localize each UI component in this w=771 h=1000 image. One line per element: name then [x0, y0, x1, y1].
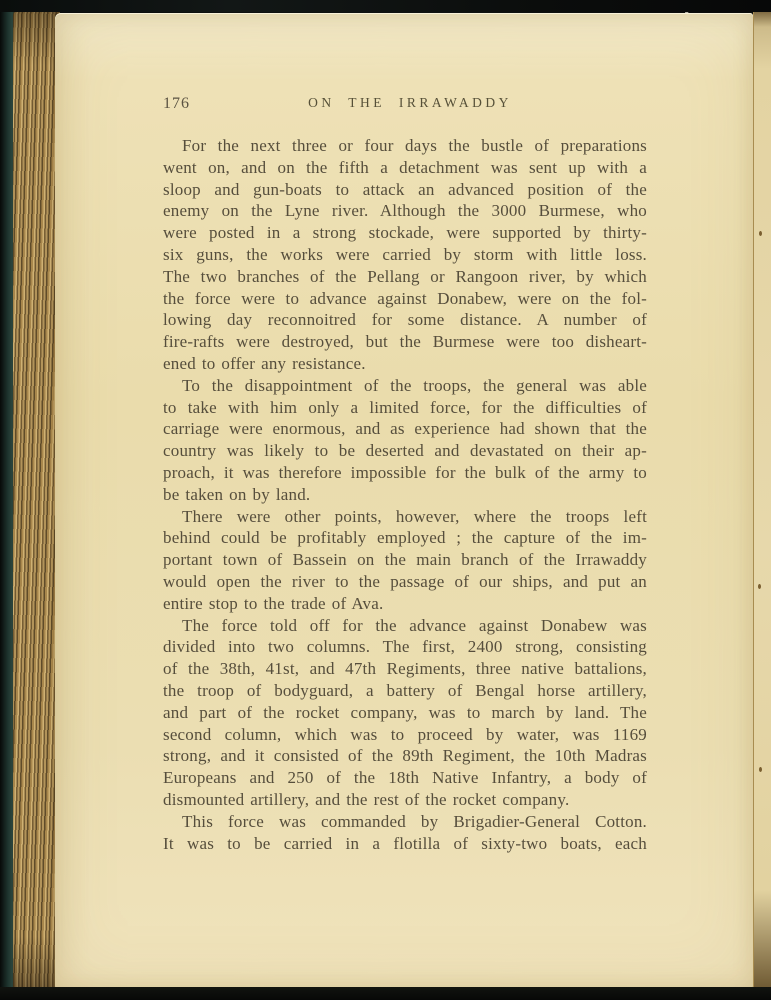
text-line: to take with him only a limited force, f… [163, 397, 647, 419]
text-line: the force were to advance against Donabe… [163, 288, 647, 310]
paragraph: There were other points, however, where … [163, 506, 647, 615]
page-edge-stack [13, 6, 60, 996]
text-line: The force told off for the advance again… [163, 615, 647, 637]
text-line: second column, which was to proceed by w… [163, 724, 647, 746]
paragraph: This force was commanded by Brigadier-Ge… [163, 811, 647, 855]
text-line: fire-rafts were destroyed, but the Burme… [163, 331, 647, 353]
page-edge-speck [758, 584, 761, 589]
text-line: country was likely to be deserted and de… [163, 440, 647, 462]
paragraph: The force told off for the advance again… [163, 615, 647, 811]
text-line: the troop of bodyguard, a battery of Ben… [163, 680, 647, 702]
text-line: sloop and gun-boats to attack an advance… [163, 179, 647, 201]
text-line: entire stop to the trade of Ava. [163, 593, 647, 615]
text-line: portant town of Bassein on the main bran… [163, 549, 647, 571]
page-edge-speck [759, 231, 762, 236]
text-line: Europeans and 250 of the 18th Native Inf… [163, 767, 647, 789]
facing-page-edge [753, 9, 771, 988]
page-edge-speck [759, 767, 762, 772]
text-line: of the 38th, 41st, and 47th Regiments, t… [163, 658, 647, 680]
paragraph: To the disappointment of the troops, the… [163, 375, 647, 506]
text-block: For the next three or four days the bust… [163, 135, 647, 854]
text-line: went on, and on the fifth a detachment w… [163, 157, 647, 179]
photo-bottom-border [0, 987, 771, 1000]
text-line: To the disappointment of the troops, the… [163, 375, 647, 397]
text-line: There were other points, however, where … [163, 506, 647, 528]
text-line: would open the river to the passage of o… [163, 571, 647, 593]
running-header: ON THE IRRAWADDY [163, 95, 647, 111]
paragraph: For the next three or four days the bust… [163, 135, 647, 375]
photo-top-border [0, 0, 771, 12]
text-line: behind could be profitably employed ; th… [163, 527, 647, 549]
text-line: divided into two columns. The first, 240… [163, 636, 647, 658]
text-line: It was to be carried in a flotilla of si… [163, 833, 647, 855]
book-page: 176 ON THE IRRAWADDY For the next three … [55, 13, 753, 988]
text-line: The two branches of the Pellang or Rango… [163, 266, 647, 288]
text-line: ened to offer any resistance. [163, 353, 647, 375]
text-line: were posted in a strong stockade, were s… [163, 222, 647, 244]
page-number: 176 [163, 95, 190, 113]
text-line: proach, it was therefore impossible for … [163, 462, 647, 484]
text-line: and part of the rocket company, was to m… [163, 702, 647, 724]
text-line: For the next three or four days the bust… [163, 135, 647, 157]
text-line: This force was commanded by Brigadier-Ge… [163, 811, 647, 833]
text-line: dismounted artillery, and the rest of th… [163, 789, 647, 811]
text-line: strong, and it consisted of the 89th Reg… [163, 745, 647, 767]
text-line: enemy on the Lyne river. Although the 30… [163, 200, 647, 222]
text-line: six guns, the works were carried by stor… [163, 244, 647, 266]
text-line: be taken on by land. [163, 484, 647, 506]
text-line: carriage were enormous, and as experienc… [163, 418, 647, 440]
text-line: lowing day reconnoitred for some distanc… [163, 309, 647, 331]
page-header: 176 ON THE IRRAWADDY [163, 95, 647, 117]
scanned-book-photo: 176 ON THE IRRAWADDY For the next three … [0, 0, 771, 1000]
